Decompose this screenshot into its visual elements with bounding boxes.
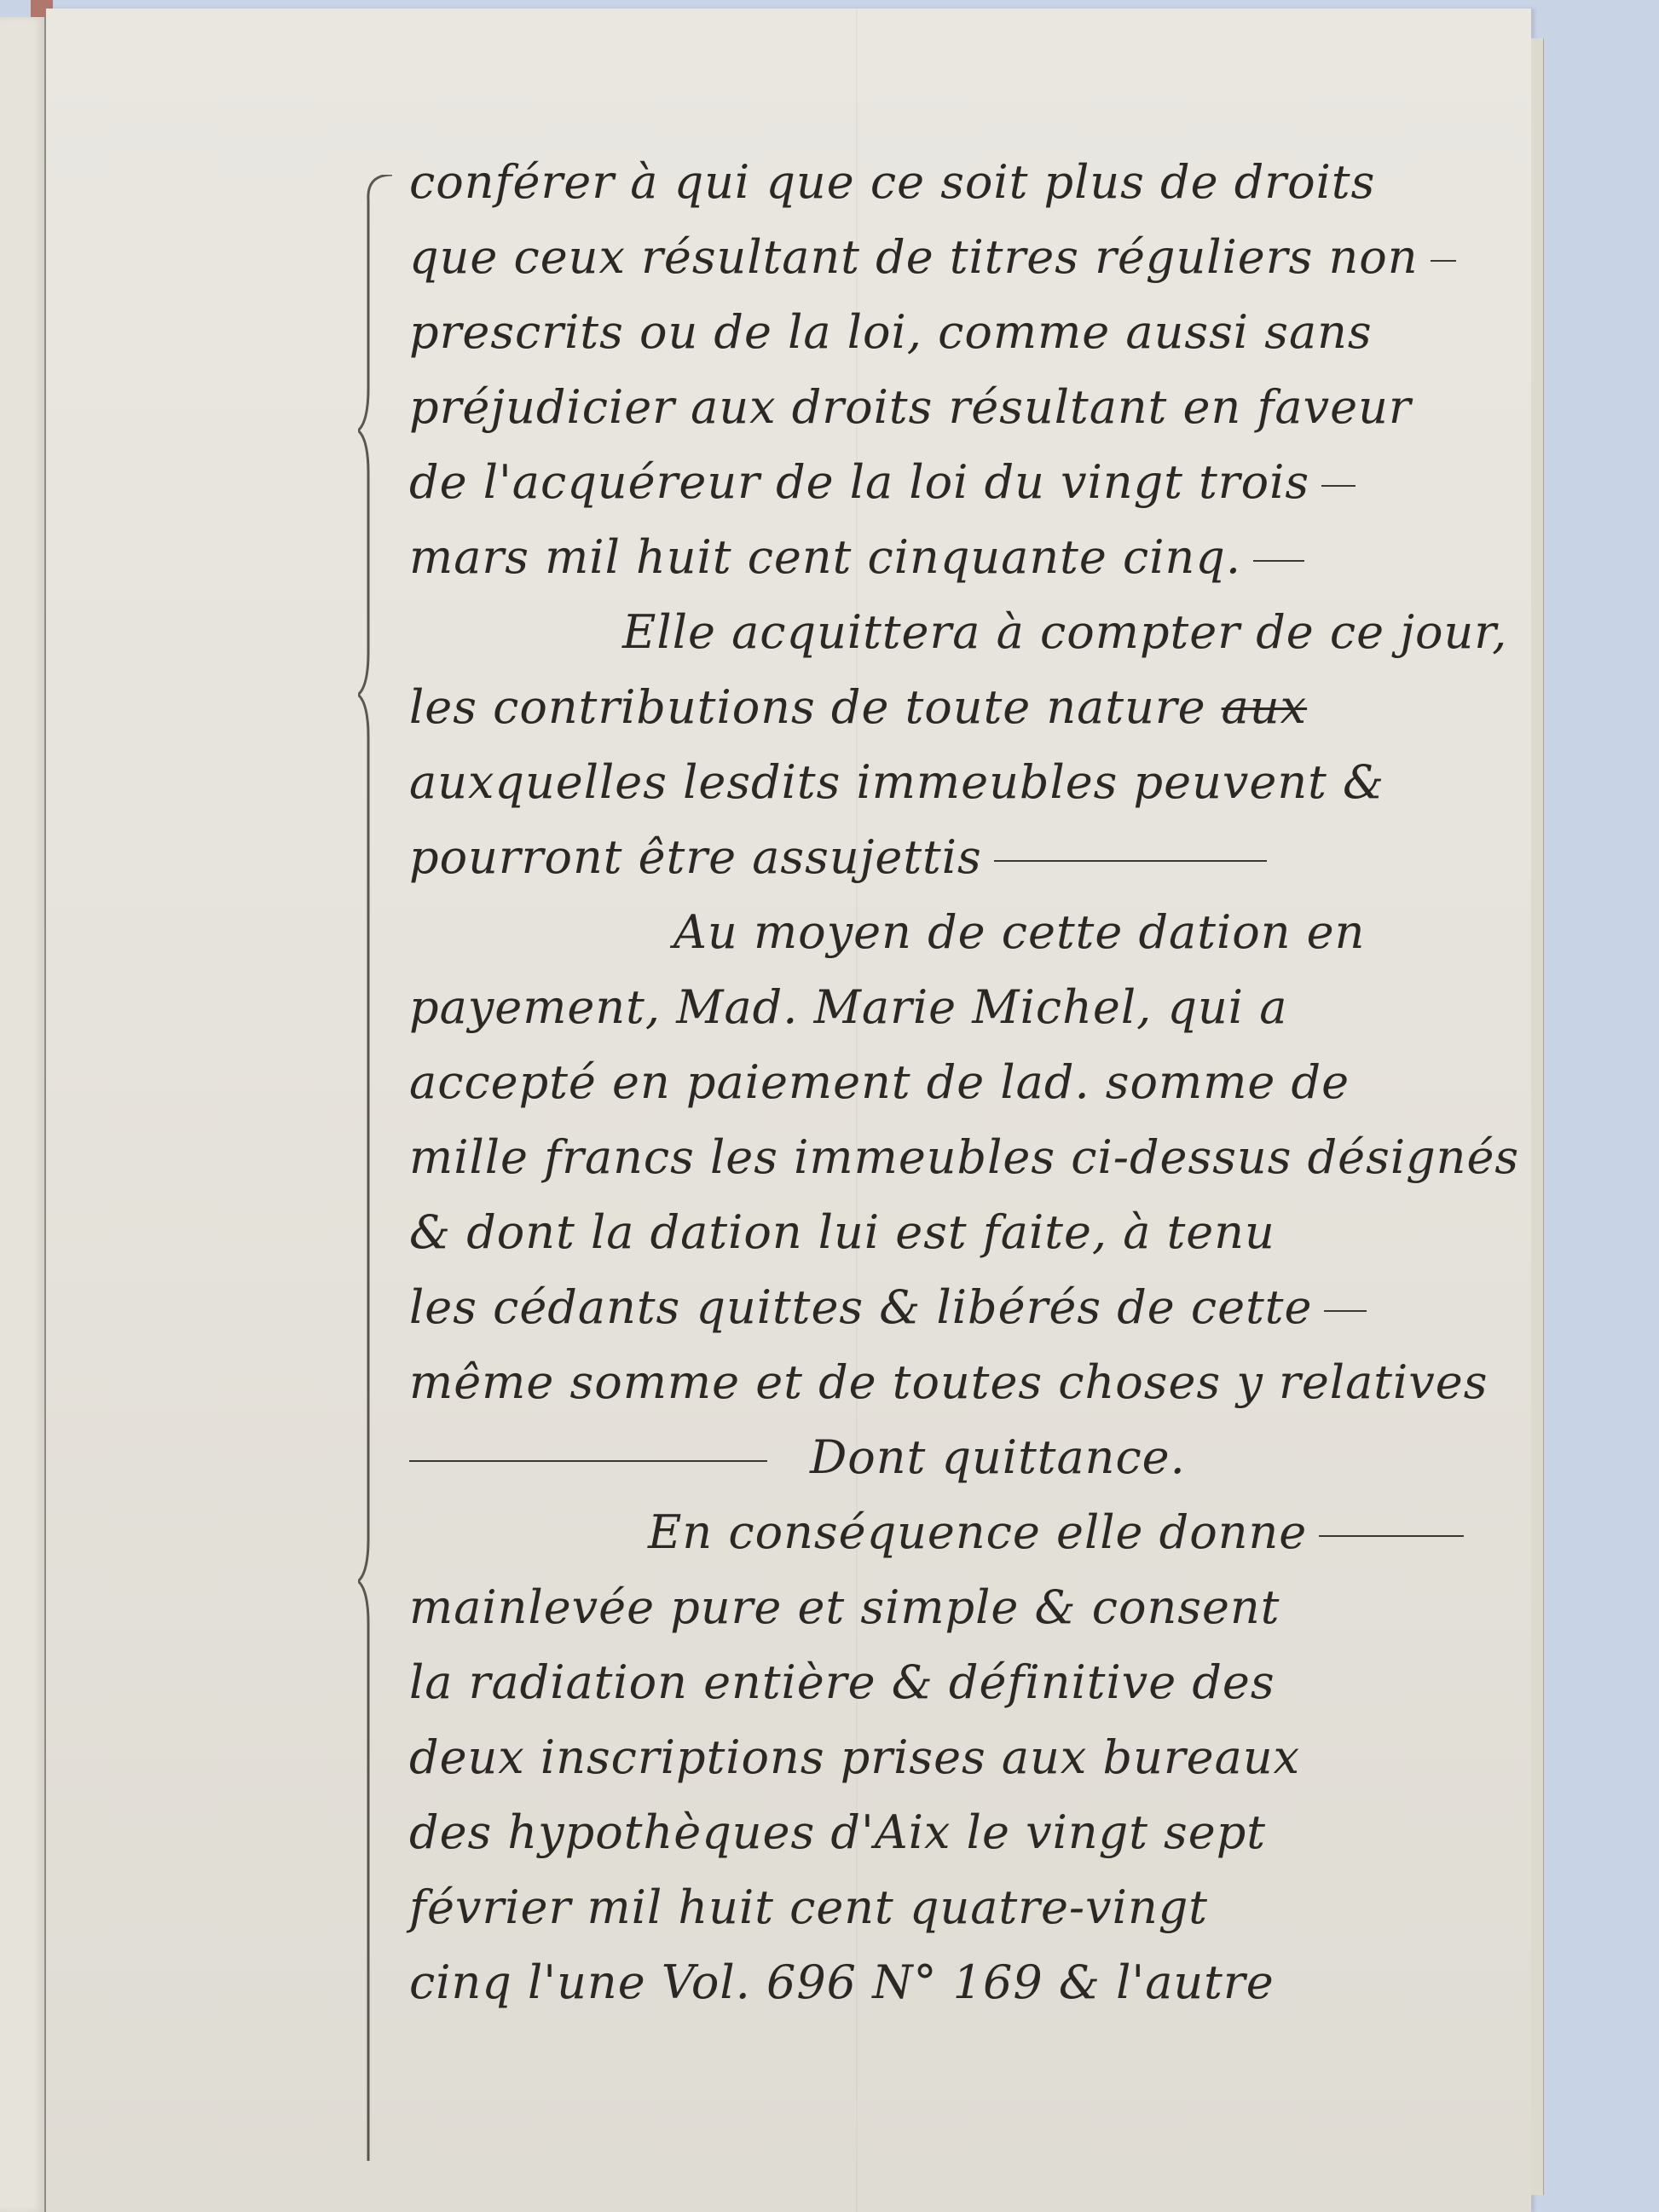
text-line: accepté en paiement de lad. somme de	[409, 1045, 1535, 1120]
text-line: préjudicier aux droits résultant en fave…	[409, 370, 1535, 445]
line-text: mars mil huit cent cinquante cinq.	[409, 530, 1241, 584]
line-text: des hypothèques d'Aix le vingt sept	[409, 1805, 1266, 1859]
line-text: Dont quittance.	[810, 1430, 1186, 1484]
text-line: Au moyen de cette dation en	[409, 895, 1535, 970]
line-filler-stroke	[1253, 560, 1304, 562]
text-line: même somme et de toutes choses y relativ…	[409, 1345, 1535, 1420]
line-filler-stroke	[994, 860, 1267, 862]
line-text: conférer à qui que ce soit plus de droit…	[409, 155, 1375, 209]
line-text: de l'acquéreur de la loi du vingt trois	[409, 455, 1309, 509]
text-line: mars mil huit cent cinquante cinq.	[409, 520, 1535, 595]
line-text: préjudicier aux droits résultant en fave…	[409, 380, 1412, 434]
line-text: même somme et de toutes choses y relativ…	[409, 1355, 1488, 1409]
line-text: cinq l'une Vol. 696 N° 169 & l'autre	[409, 1955, 1275, 2009]
line-filler-stroke	[1319, 1535, 1464, 1537]
text-line: prescrits ou de la loi, comme aussi sans	[409, 295, 1535, 370]
text-line: les cédants quittes & libérés de cette	[409, 1270, 1535, 1345]
line-text: payement, Mad. Marie Michel, qui a	[409, 980, 1287, 1034]
line-text: les contributions de toute nature	[409, 680, 1206, 734]
text-line: deux inscriptions prises aux bureaux	[409, 1720, 1535, 1795]
line-text: Elle acquittera à compter de ce jour,	[622, 605, 1507, 659]
handwritten-text: conférer à qui que ce soit plus de droit…	[409, 145, 1535, 2020]
line-text: & dont la dation lui est faite, à tenu	[409, 1205, 1275, 1259]
line-text: prescrits ou de la loi, comme aussi sans	[409, 305, 1373, 359]
text-line: conférer à qui que ce soit plus de droit…	[409, 145, 1535, 220]
text-line: de l'acquéreur de la loi du vingt trois	[409, 445, 1535, 520]
text-line: En conséquence elle donne	[409, 1495, 1535, 1570]
line-text: accepté en paiement de lad. somme de	[409, 1055, 1350, 1109]
line-text: En conséquence elle donne	[648, 1505, 1307, 1559]
line-text: deux inscriptions prises aux bureaux	[409, 1730, 1300, 1784]
line-filler-stroke	[1431, 260, 1456, 262]
margin-bracket	[358, 175, 409, 2161]
line-filler-stroke	[1321, 485, 1356, 487]
line-text: les cédants quittes & libérés de cette	[409, 1280, 1312, 1334]
text-line: pourront être assujettis	[409, 820, 1535, 895]
line-filler-stroke	[1324, 1310, 1367, 1312]
line-text: février mil huit cent quatre-vingt	[409, 1880, 1208, 1934]
text-line: que ceux résultant de titres réguliers n…	[409, 220, 1535, 295]
text-line: cinq l'une Vol. 696 N° 169 & l'autre	[409, 1945, 1535, 2020]
struck-word: aux	[1222, 680, 1307, 734]
previous-page-edge	[0, 17, 47, 2212]
text-line: & dont la dation lui est faite, à tenu	[409, 1195, 1535, 1270]
text-line: des hypothèques d'Aix le vingt sept	[409, 1795, 1535, 1870]
text-line: mille francs les immeubles ci-dessus dés…	[409, 1120, 1535, 1195]
line-text: auxquelles lesdits immeubles peuvent &	[409, 755, 1384, 809]
text-line: auxquelles lesdits immeubles peuvent &	[409, 745, 1535, 820]
line-text: Au moyen de cette dation en	[673, 905, 1365, 959]
text-line: février mil huit cent quatre-vingt	[409, 1870, 1535, 1945]
text-line: les contributions de toute natureaux	[409, 670, 1535, 745]
text-line: la radiation entière & définitive des	[409, 1645, 1535, 1720]
line-text: que ceux résultant de titres réguliers n…	[409, 230, 1419, 284]
text-line: mainlevée pure et simple & consent	[409, 1570, 1535, 1645]
text-line: Dont quittance.	[409, 1420, 1535, 1495]
line-text: mainlevée pure et simple & consent	[409, 1580, 1280, 1634]
line-text: pourront être assujettis	[409, 830, 982, 884]
line-text: mille francs les immeubles ci-dessus dés…	[409, 1130, 1519, 1184]
line-text: la radiation entière & définitive des	[409, 1655, 1275, 1709]
text-line: payement, Mad. Marie Michel, qui a	[409, 970, 1535, 1045]
text-line: Elle acquittera à compter de ce jour,	[409, 595, 1535, 670]
leading-rule	[409, 1460, 767, 1462]
